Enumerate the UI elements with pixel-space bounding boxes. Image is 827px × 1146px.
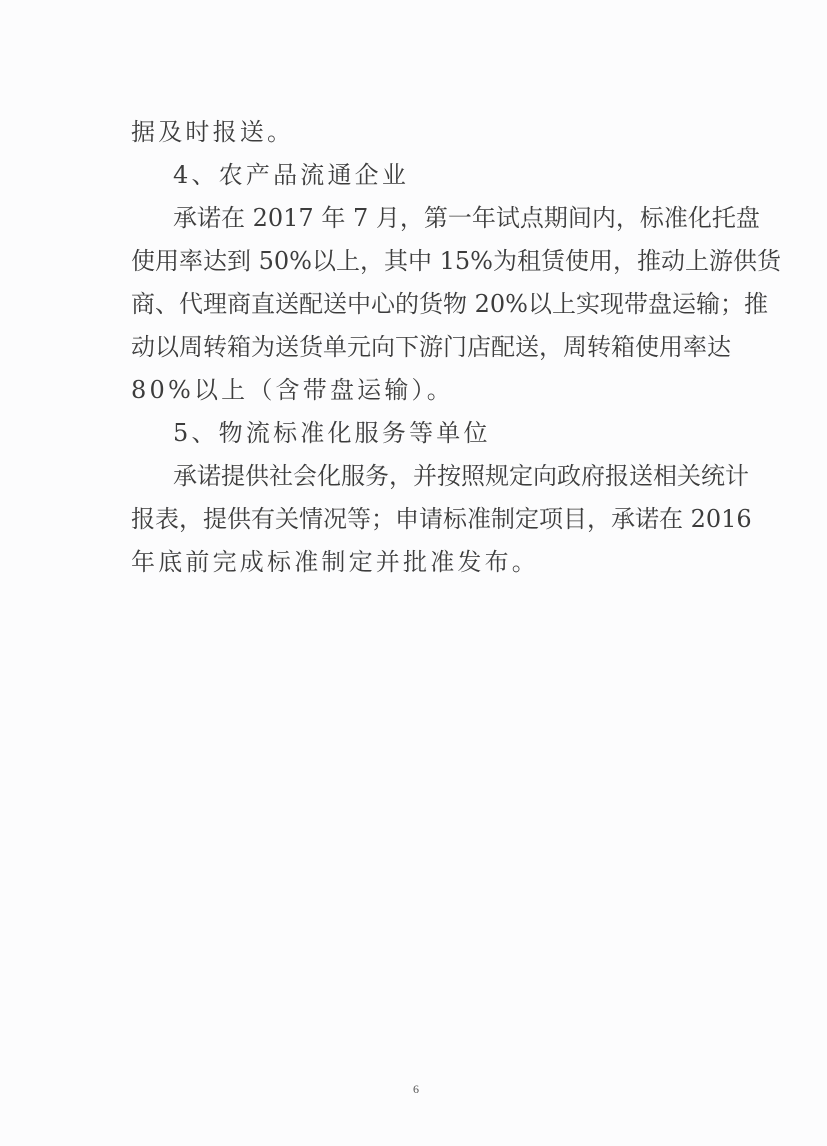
paragraph-line: 使用率达到 50%以上，其中 15%为租赁使用，推动上游供货 (131, 240, 709, 283)
continuation-line: 据及时报送。 (131, 111, 711, 154)
paragraph-line: 承诺在 2017 年 7 月，第一年试点期间内，标准化托盘 (131, 197, 709, 240)
paragraph-line: 商、代理商直送配送中心的货物 20%以上实现带盘运输；推 (131, 283, 709, 326)
paragraph-line: 动以周转箱为送货单元向下游门店配送，周转箱使用率达 (131, 326, 709, 369)
document-body: 据及时报送。 4、农产品流通企业 承诺在 2017 年 7 月，第一年试点期间内… (131, 111, 711, 584)
document-page: 据及时报送。 4、农产品流通企业 承诺在 2017 年 7 月，第一年试点期间内… (0, 0, 827, 1146)
section-heading-4: 4、农产品流通企业 (131, 154, 711, 197)
page-number: 6 (413, 1082, 419, 1097)
paragraph-line: 年底前完成标准制定并批准发布。 (131, 541, 711, 584)
paragraph-line: 80%以上（含带盘运输）。 (131, 369, 711, 412)
section-heading-5: 5、物流标准化服务等单位 (131, 412, 711, 455)
paragraph-line: 承诺提供社会化服务，并按照规定向政府报送相关统计 (131, 455, 709, 498)
paragraph-line: 报表，提供有关情况等；申请标准制定项目，承诺在 2016 (131, 498, 709, 541)
